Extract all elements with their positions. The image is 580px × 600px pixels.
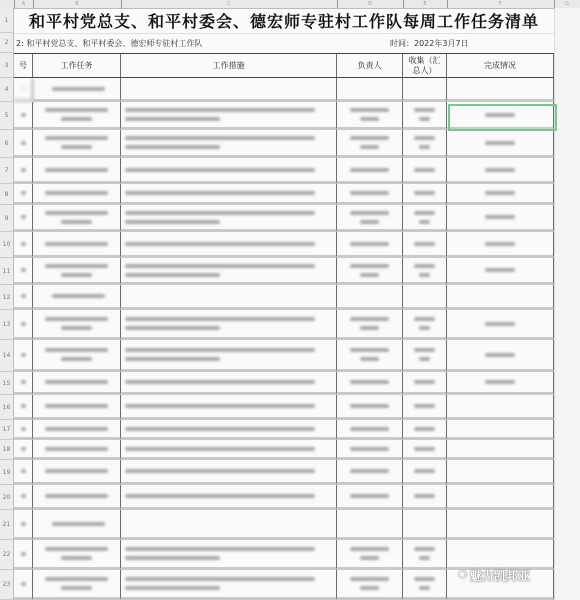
table-cell[interactable] [403, 485, 447, 510]
table-cell[interactable] [33, 158, 121, 184]
table-cell[interactable] [403, 258, 447, 285]
table-cell[interactable] [14, 485, 33, 510]
table-cell[interactable] [403, 158, 447, 184]
table-cell[interactable] [33, 78, 121, 102]
row-number[interactable]: 8 [0, 184, 14, 205]
blurred-text [485, 242, 514, 246]
blurred-text [419, 117, 430, 121]
table-row [14, 130, 554, 158]
row-number[interactable]: 13 [0, 310, 14, 340]
blurred-text [61, 220, 93, 224]
blurred-text [125, 145, 220, 149]
table-cell[interactable] [337, 130, 403, 158]
blurred-text [125, 211, 315, 215]
table-cell[interactable] [403, 340, 447, 372]
table-cell[interactable] [403, 184, 447, 205]
blurred-text [350, 494, 390, 498]
table-cell[interactable] [337, 540, 403, 570]
blurred-text [414, 191, 435, 195]
table-cell[interactable] [403, 285, 447, 310]
table-row [14, 460, 554, 485]
blurred-text [21, 322, 26, 326]
table-cell[interactable] [121, 158, 337, 184]
table-cell[interactable] [403, 460, 447, 485]
blurred-text [21, 141, 26, 145]
blurred-text [61, 586, 93, 590]
blurred-text [21, 404, 26, 408]
table-cell[interactable] [121, 130, 337, 158]
blurred-text [485, 353, 514, 357]
table-cell[interactable] [121, 310, 337, 340]
blurred-text [414, 317, 435, 321]
table-cell[interactable] [337, 395, 403, 420]
blurred-text [45, 211, 108, 215]
table-cell[interactable] [447, 184, 554, 205]
blurred-text [125, 447, 315, 451]
blurred-text [45, 427, 108, 431]
row-number[interactable]: 14 [0, 340, 14, 372]
blurred-text [414, 168, 435, 172]
blurred-text [45, 242, 108, 246]
blurred-text [125, 348, 315, 352]
blurred-text [419, 273, 430, 277]
blurred-text [125, 108, 315, 112]
blurred-text [21, 427, 26, 431]
column-header-a[interactable]: A [14, 0, 34, 8]
table-cell[interactable] [33, 285, 121, 310]
row-number[interactable]: 16 [0, 395, 14, 420]
table-cell[interactable] [447, 258, 554, 285]
table-cell[interactable] [403, 78, 447, 102]
blurred-text [350, 242, 390, 246]
table-cell[interactable] [337, 510, 403, 540]
row-number[interactable]: 5 [0, 102, 14, 130]
blurred-text [414, 494, 435, 498]
table-cell[interactable] [121, 205, 337, 232]
table-cell[interactable] [447, 460, 554, 485]
blurred-text [45, 469, 108, 473]
table-row [14, 258, 554, 285]
table-cell[interactable] [337, 232, 403, 258]
table-cell[interactable] [403, 205, 447, 232]
blurred-text [419, 556, 430, 560]
selected-cell-highlight[interactable] [448, 104, 557, 131]
table-row [14, 285, 554, 310]
blurred-text [485, 141, 514, 145]
blurred-text [350, 380, 390, 384]
blurred-text [419, 357, 430, 361]
table-cell[interactable] [337, 258, 403, 285]
wechat-icon: ❍ [458, 570, 467, 581]
table-cell[interactable] [33, 460, 121, 485]
empty-column-g [554, 8, 580, 600]
header-owner[interactable]: 负责人 [337, 53, 403, 78]
table-cell[interactable] [447, 395, 554, 420]
table-cell[interactable] [121, 258, 337, 285]
blurred-text [360, 357, 380, 361]
blurred-text [419, 326, 430, 330]
blurred-text [125, 357, 220, 361]
blurred-text [45, 380, 108, 384]
row-number[interactable]: 10 [0, 232, 14, 258]
table-cell[interactable] [403, 510, 447, 540]
row-number[interactable]: 18 [0, 440, 14, 460]
table-cell[interactable] [33, 340, 121, 372]
table-cell[interactable] [447, 310, 554, 340]
table-row [14, 158, 554, 184]
row-number[interactable]: 22 [0, 540, 14, 570]
header-seq[interactable]: 号 [14, 53, 33, 78]
table-cell[interactable] [447, 485, 554, 510]
table-cell[interactable] [14, 258, 33, 285]
blurred-text [61, 357, 93, 361]
table-cell[interactable] [447, 78, 554, 102]
table-cell[interactable] [121, 570, 337, 600]
blurred-text [125, 469, 315, 473]
blurred-text [125, 547, 315, 551]
table-row [14, 420, 554, 440]
blurred-text [52, 87, 105, 91]
table-cell[interactable] [121, 78, 337, 102]
blurred-text [21, 494, 26, 498]
table-cell[interactable] [403, 540, 447, 570]
table-cell[interactable] [337, 570, 403, 600]
blurred-text [45, 317, 108, 321]
table-cell[interactable] [121, 102, 337, 130]
blurred-text [350, 191, 390, 195]
column-header-d[interactable]: D [337, 0, 404, 8]
blurred-text [21, 522, 26, 526]
table-cell[interactable] [403, 232, 447, 258]
table-cell[interactable] [33, 310, 121, 340]
table-cell[interactable] [121, 395, 337, 420]
blurred-text [125, 136, 315, 140]
blurred-text [21, 447, 26, 451]
blurred-text [414, 577, 435, 581]
table-cell[interactable] [14, 510, 33, 540]
table-cell[interactable] [14, 310, 33, 340]
table-cell[interactable] [447, 130, 554, 158]
table-cell[interactable] [121, 510, 337, 540]
header-collector[interactable]: 收集（汇总人） [403, 53, 447, 78]
blurred-text [125, 117, 220, 121]
blurred-text [21, 582, 26, 586]
blurred-text [21, 168, 26, 172]
blurred-text [350, 264, 390, 268]
blurred-text [45, 264, 108, 268]
blurred-text [485, 268, 514, 272]
table-cell[interactable] [121, 232, 337, 258]
blurred-text [45, 494, 108, 498]
table-cell[interactable] [337, 158, 403, 184]
blurred-text [125, 191, 315, 195]
table-row [14, 395, 554, 420]
table-cell[interactable] [447, 440, 554, 460]
blurred-text [414, 469, 435, 473]
blurred-text [61, 117, 93, 121]
blurred-text [125, 326, 220, 330]
blurred-text [125, 264, 315, 268]
table-cell[interactable] [14, 440, 33, 460]
blurred-text [21, 294, 26, 298]
table-cell[interactable] [14, 102, 33, 130]
table-cell[interactable] [121, 485, 337, 510]
blurred-text [350, 427, 390, 431]
table-cell[interactable] [337, 460, 403, 485]
table-cell[interactable] [447, 285, 554, 310]
blurred-text [350, 136, 390, 140]
table-cell[interactable] [337, 340, 403, 372]
blurred-text [360, 326, 380, 330]
blurred-text [45, 447, 108, 451]
table-cell[interactable] [447, 232, 554, 258]
row-number[interactable]: 6 [0, 130, 14, 158]
table-cell[interactable] [121, 460, 337, 485]
blurred-text [21, 215, 26, 219]
blurred-text [350, 168, 390, 172]
table-cell[interactable] [33, 420, 121, 440]
table-row [14, 184, 554, 205]
table-cell[interactable] [447, 158, 554, 184]
blurred-text [21, 552, 26, 556]
column-header-c[interactable]: C [121, 0, 338, 8]
row-number[interactable]: 20 [0, 485, 14, 510]
table-cell[interactable] [14, 570, 33, 600]
table-cell[interactable] [403, 395, 447, 420]
blurred-text [125, 577, 315, 581]
blurred-text [350, 211, 390, 215]
table-cell[interactable] [33, 205, 121, 232]
header-task[interactable]: 工作任务 [33, 53, 121, 78]
blurred-text [414, 380, 435, 384]
blurred-text [350, 547, 390, 551]
blurred-text [52, 522, 105, 526]
table-cell[interactable] [337, 372, 403, 395]
row-number[interactable]: 11 [0, 258, 14, 285]
table-cell[interactable] [121, 285, 337, 310]
table-cell[interactable] [337, 485, 403, 510]
blurred-text [360, 220, 380, 224]
blurred-text [414, 136, 435, 140]
table-cell[interactable] [447, 340, 554, 372]
organization-label: 2: 和平村党总支、和平村委会、德宏师专驻村工作队 [16, 38, 202, 49]
table-cell[interactable] [33, 540, 121, 570]
table-cell[interactable] [14, 420, 33, 440]
info-row: 2: 和平村党总支、和平村委会、德宏师专驻村工作队 时间：2022年3月7日 [14, 33, 554, 54]
column-header-e[interactable]: E [403, 0, 448, 8]
row-number[interactable]: 12 [0, 285, 14, 310]
blurred-text [21, 191, 26, 195]
blurred-text [125, 556, 220, 560]
table-cell[interactable] [33, 258, 121, 285]
table-cell[interactable] [447, 420, 554, 440]
table-cell[interactable] [33, 510, 121, 540]
table-cell[interactable] [403, 440, 447, 460]
table-cell[interactable] [33, 102, 121, 130]
blurred-text [350, 404, 390, 408]
row-number[interactable]: 3 [0, 53, 14, 78]
blurred-text [485, 168, 514, 172]
table-cell[interactable] [121, 440, 337, 460]
table-cell[interactable] [447, 372, 554, 395]
blurred-text [125, 242, 315, 246]
table-cell[interactable] [337, 285, 403, 310]
table-cell[interactable] [403, 130, 447, 158]
row-number[interactable]: 15 [0, 372, 14, 395]
blurred-text [414, 211, 435, 215]
table-cell[interactable] [403, 372, 447, 395]
blurred-text [419, 145, 430, 149]
table-cell[interactable] [403, 570, 447, 600]
row-number[interactable]: 2 [0, 33, 14, 53]
blurred-text [125, 494, 315, 498]
blurred-text [125, 273, 220, 277]
blurred-text [350, 348, 390, 352]
table-cell[interactable] [14, 158, 33, 184]
table-cell[interactable] [337, 205, 403, 232]
table-row [14, 510, 554, 540]
table-row [14, 232, 554, 258]
blurred-text [45, 547, 108, 551]
table-cell[interactable] [447, 510, 554, 540]
table-header-row: 号 工作任务 工作措施 负责人 收集（汇总人） 完成情况 [14, 53, 554, 78]
table-cell[interactable] [447, 205, 554, 232]
blurred-text [21, 268, 26, 272]
table-cell[interactable] [121, 184, 337, 205]
table-cell[interactable] [14, 285, 33, 310]
table-row [14, 372, 554, 395]
blurred-text [414, 242, 435, 246]
table-cell[interactable] [14, 205, 33, 232]
table-cell[interactable] [337, 78, 403, 102]
table-cell[interactable] [403, 310, 447, 340]
blurred-text [125, 220, 220, 224]
blurred-text [419, 586, 430, 590]
table-cell[interactable] [14, 540, 33, 570]
row-number[interactable]: 17 [0, 420, 14, 440]
table-row [14, 440, 554, 460]
blurred-text [21, 469, 26, 473]
row-number[interactable]: 19 [0, 460, 14, 485]
table-cell[interactable] [14, 232, 33, 258]
table-cell[interactable] [121, 420, 337, 440]
row-number[interactable]: 4 [0, 78, 14, 102]
blurred-text [125, 586, 220, 590]
spreadsheet: A B C D E F G 1 和平村党总支、和平村委会、德宏师专驻村工作队每周… [0, 0, 580, 600]
table-cell[interactable] [121, 340, 337, 372]
table-cell[interactable] [337, 102, 403, 130]
blurred-text [125, 427, 315, 431]
blurred-text [414, 404, 435, 408]
blurred-text [61, 326, 93, 330]
blurred-text [360, 117, 380, 121]
table-cell[interactable] [33, 184, 121, 205]
blurred-text [350, 469, 390, 473]
blurred-text [125, 168, 315, 172]
table-cell[interactable] [14, 340, 33, 372]
blurred-text [360, 586, 380, 590]
table-cell[interactable] [33, 485, 121, 510]
blurred-text [45, 404, 108, 408]
blurred-text [45, 108, 108, 112]
blurred-text [414, 547, 435, 551]
table-cell[interactable] [447, 540, 554, 570]
table-cell[interactable] [14, 130, 33, 158]
table-cell[interactable] [403, 102, 447, 130]
table-cell[interactable] [121, 540, 337, 570]
blurred-text [125, 404, 315, 408]
corner-cell[interactable] [0, 0, 15, 8]
blurred-text [350, 108, 390, 112]
blurred-text [45, 136, 108, 140]
column-header-b[interactable]: B [33, 0, 122, 8]
blurred-text [485, 191, 514, 195]
blurred-text [21, 380, 26, 384]
row-number[interactable]: 1 [0, 8, 14, 33]
row-number[interactable]: 7 [0, 158, 14, 184]
date-label: 时间：2022年3月7日 [390, 38, 469, 49]
column-header-g[interactable]: G [554, 0, 580, 8]
blurred-text [45, 191, 108, 195]
table-cell[interactable] [121, 372, 337, 395]
table-cell[interactable] [403, 420, 447, 440]
blurred-text [485, 215, 514, 219]
table-cell[interactable] [337, 420, 403, 440]
blurred-text [61, 273, 93, 277]
table-row [14, 205, 554, 232]
table-cell[interactable] [14, 460, 33, 485]
header-measure[interactable]: 工作措施 [121, 53, 337, 78]
table-cell[interactable] [337, 184, 403, 205]
blurred-text [21, 353, 26, 357]
blurred-text [360, 145, 380, 149]
blurred-text [350, 577, 390, 581]
table-cell[interactable] [33, 440, 121, 460]
table-cell[interactable] [14, 395, 33, 420]
table-row [14, 540, 554, 570]
blurred-text [414, 348, 435, 352]
watermark: ❍ 魅力凯邦亚 [458, 567, 530, 584]
blurred-text [360, 273, 380, 277]
table-cell[interactable] [33, 232, 121, 258]
blurred-text [125, 317, 315, 321]
table-row [14, 485, 554, 510]
blurred-text [125, 380, 315, 384]
column-header-f[interactable]: F [447, 0, 555, 8]
table-cell[interactable]: 一 [14, 78, 33, 102]
row-number[interactable]: 23 [0, 570, 14, 600]
table-row: 一 [14, 78, 554, 102]
blurred-text [419, 220, 430, 224]
table-cell[interactable] [33, 570, 121, 600]
table-cell[interactable] [33, 372, 121, 395]
blurred-text [61, 556, 93, 560]
header-status[interactable]: 完成情况 [447, 53, 554, 78]
table-cell[interactable] [14, 372, 33, 395]
table-cell[interactable] [337, 440, 403, 460]
table-cell[interactable] [14, 184, 33, 205]
table-cell[interactable] [337, 310, 403, 340]
blurred-text [414, 427, 435, 431]
row-number[interactable]: 21 [0, 510, 14, 540]
table-cell[interactable] [33, 395, 121, 420]
blurred-text [485, 322, 514, 326]
blurred-text [350, 317, 390, 321]
blurred-text [61, 145, 93, 149]
row-number[interactable]: 9 [0, 205, 14, 232]
table-cell[interactable] [33, 130, 121, 158]
blurred-text [21, 242, 26, 246]
